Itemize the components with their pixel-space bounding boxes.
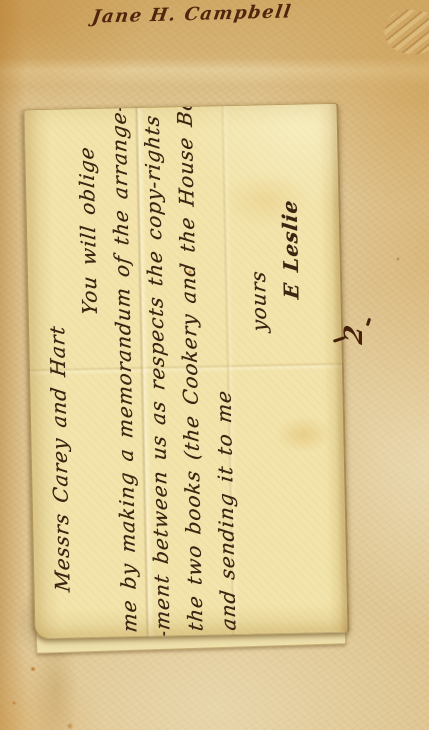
ink-scribble: 2 — [331, 312, 375, 358]
scanned-backing-page: Jane H. Campbell Messrs Carey and Hart Y… — [0, 0, 429, 730]
letter-text: Messrs Carey and Hart You will oblige me… — [31, 104, 350, 634]
page-corner-crease — [382, 6, 429, 58]
folded-letter: Messrs Carey and Hart You will oblige me… — [23, 103, 349, 639]
closing-line: yours — [238, 104, 276, 334]
ink-scribble-text: 2 — [339, 323, 368, 347]
signature: E Leslie — [271, 103, 308, 301]
ownership-inscription: Jane H. Campbell — [90, 1, 293, 27]
opening-line: You will oblige — [69, 107, 106, 317]
